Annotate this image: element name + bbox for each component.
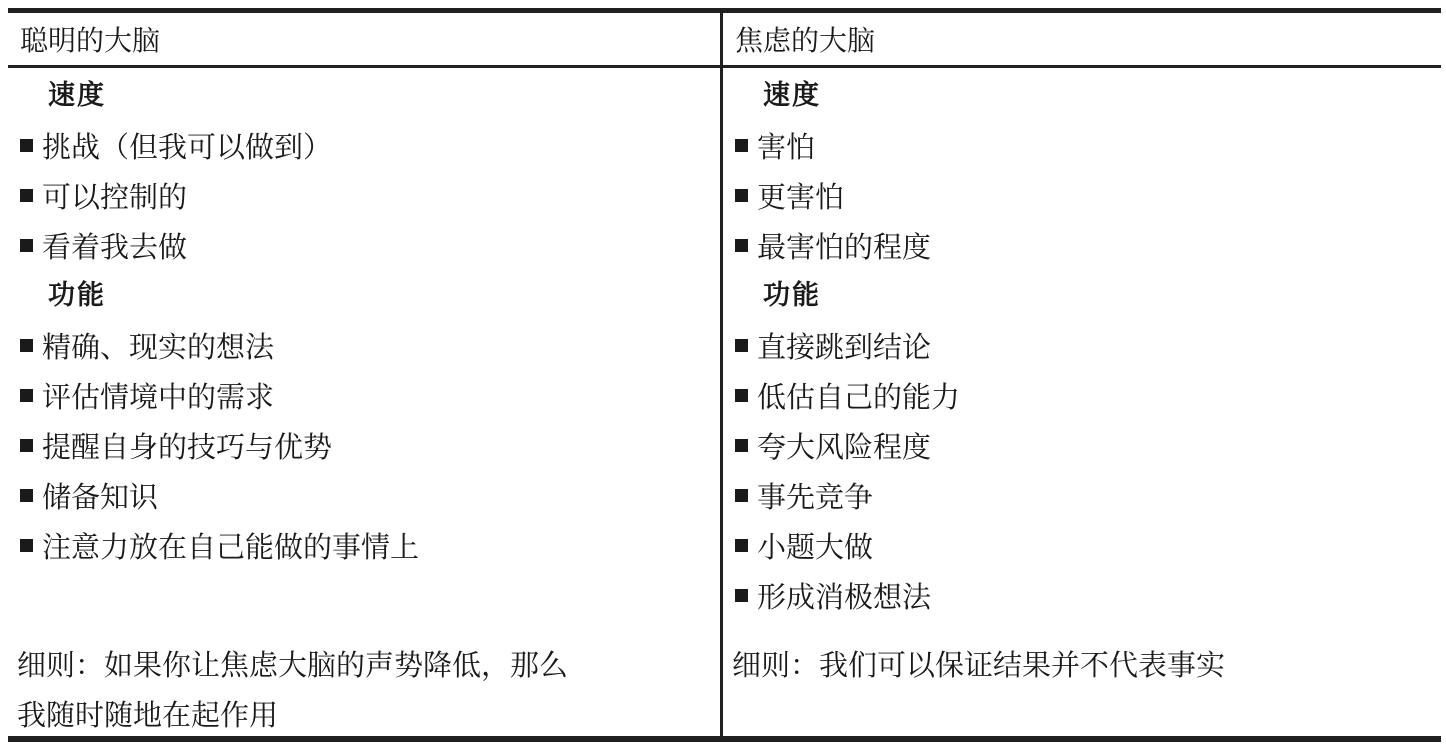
square-bullet-icon <box>20 339 33 352</box>
square-bullet-icon <box>735 539 748 552</box>
list-item-text: 直接跳到结论 <box>757 325 931 366</box>
square-bullet-icon <box>735 189 748 202</box>
anxious-brain-cell: 速度 害怕 更害怕 最害怕的程度 功能 直接跳到结论 低估自己的能力 <box>723 68 1441 736</box>
list-item: 储备知识 <box>8 470 720 520</box>
list-item: 夸大风险程度 <box>723 420 1441 470</box>
list-item-text: 低估自己的能力 <box>757 375 960 416</box>
square-bullet-icon <box>20 389 33 402</box>
square-bullet-icon <box>735 439 748 452</box>
list-item-text: 精确、现实的想法 <box>42 325 274 366</box>
list-item-text: 事先竞争 <box>757 475 873 516</box>
list-item: 提醒自身的技巧与优势 <box>8 420 720 470</box>
note-smart-brain: 细则：如果你让焦虑大脑的声势降低，那么 我随时随地在起作用 <box>17 641 710 741</box>
list-item-text: 害怕 <box>757 125 815 166</box>
smart-brain-cell: 速度 挑战（但我可以做到） 可以控制的 看着我去做 功能 精确、现实的想法 评估… <box>8 68 723 736</box>
list-item: 看着我去做 <box>8 220 720 270</box>
list-item: 低估自己的能力 <box>723 370 1441 420</box>
list-item: 挑战（但我可以做到） <box>8 120 720 170</box>
list-item: 精确、现实的想法 <box>8 320 720 370</box>
square-bullet-icon <box>735 589 748 602</box>
table-body-row: 速度 挑战（但我可以做到） 可以控制的 看着我去做 功能 精确、现实的想法 评估… <box>8 68 1441 736</box>
list-item-text: 挑战（但我可以做到） <box>42 125 332 166</box>
square-bullet-icon <box>20 239 33 252</box>
section-heading-speed: 速度 <box>8 70 720 120</box>
list-item-text: 小题大做 <box>757 525 873 566</box>
list-item: 害怕 <box>723 120 1441 170</box>
square-bullet-icon <box>735 339 748 352</box>
square-bullet-icon <box>20 189 33 202</box>
list-item-text: 更害怕 <box>757 175 844 216</box>
section-heading-function: 功能 <box>723 270 1441 320</box>
square-bullet-icon <box>735 139 748 152</box>
list-item: 事先竞争 <box>723 470 1441 520</box>
list-item: 评估情境中的需求 <box>8 370 720 420</box>
square-bullet-icon <box>735 389 748 402</box>
square-bullet-icon <box>735 489 748 502</box>
list-item: 更害怕 <box>723 170 1441 220</box>
square-bullet-icon <box>735 239 748 252</box>
column-header-anxious-brain: 焦虑的大脑 <box>723 13 1441 65</box>
square-bullet-icon <box>20 539 33 552</box>
column-header-smart-brain: 聪明的大脑 <box>8 13 723 65</box>
list-item-text: 储备知识 <box>42 475 158 516</box>
list-item-text: 看着我去做 <box>42 225 187 266</box>
list-item: 可以控制的 <box>8 170 720 220</box>
note-line: 我随时随地在起作用 <box>17 691 710 741</box>
list-item: 直接跳到结论 <box>723 320 1441 370</box>
list-item: 形成消极想法 <box>723 570 1441 620</box>
list-item: 小题大做 <box>723 520 1441 570</box>
list-item-text: 提醒自身的技巧与优势 <box>42 425 332 466</box>
square-bullet-icon <box>20 139 33 152</box>
note-line: 细则：如果你让焦虑大脑的声势降低，那么 <box>17 641 710 691</box>
list-item-text: 评估情境中的需求 <box>42 375 274 416</box>
note-line: 细则：我们可以保证结果并不代表事实 <box>732 641 1431 691</box>
list-item-text: 形成消极想法 <box>757 575 931 616</box>
table-header-row: 聪明的大脑 焦虑的大脑 <box>8 13 1441 68</box>
list-item-text: 最害怕的程度 <box>757 225 931 266</box>
list-item: 注意力放在自己能做的事情上 <box>8 520 720 570</box>
brain-comparison-table: 聪明的大脑 焦虑的大脑 速度 挑战（但我可以做到） 可以控制的 看着我去做 功能… <box>8 8 1441 742</box>
section-heading-speed: 速度 <box>723 70 1441 120</box>
square-bullet-icon <box>20 439 33 452</box>
section-heading-function: 功能 <box>8 270 720 320</box>
square-bullet-icon <box>20 489 33 502</box>
list-item: 最害怕的程度 <box>723 220 1441 270</box>
list-item-text: 可以控制的 <box>42 175 187 216</box>
list-item-text: 注意力放在自己能做的事情上 <box>42 525 419 566</box>
list-item-text: 夸大风险程度 <box>757 425 931 466</box>
note-anxious-brain: 细则：我们可以保证结果并不代表事实 <box>732 641 1431 691</box>
